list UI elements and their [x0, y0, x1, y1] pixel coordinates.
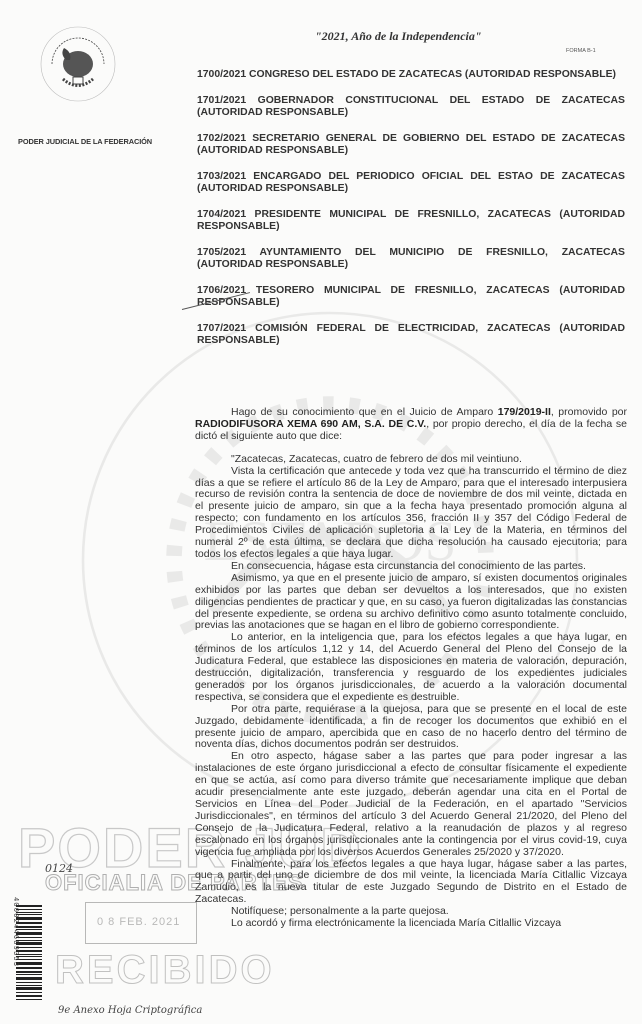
recipient-item: 1706/2021 TESORERO MUNICIPAL DE FRESNILL… [197, 285, 625, 309]
barcode-number: 4000244689353 [11, 897, 19, 1007]
notification-body: Hago de su conocimiento que en el Juicio… [195, 407, 627, 930]
paragraph: En consecuencia, hágase esta circunstanc… [195, 561, 627, 573]
paragraph: Lo anterior, en la inteligencia que, par… [195, 632, 627, 703]
promovente-name: RADIODIFUSORA XEMA 690 AM, S.A. DE C.V. [195, 418, 426, 430]
eagle-seal-icon [38, 24, 118, 104]
form-code: FORMA B-1 [566, 48, 596, 54]
stamp-date: 0 8 FEB. 2021 [97, 916, 180, 928]
recipient-item: 1707/2021 COMISIÓN FEDERAL DE ELECTRICID… [197, 323, 625, 347]
recipient-item: 1704/2021 PRESIDENTE MUNICIPAL DE FRESNI… [197, 209, 625, 233]
stamp-office: OFICIALIA DE PARTES [45, 870, 304, 896]
paragraph: Por otra parte, requiérase a la quejosa,… [195, 704, 627, 752]
paragraph: "Zacatecas, Zacatecas, cuatro de febrero… [195, 454, 627, 466]
coat-of-arms-logo [38, 24, 118, 124]
paragraph: Asimismo, ya que en el presente juicio d… [195, 573, 627, 633]
recipient-item: 1705/2021 AYUNTAMIENTO DEL MUNICIPIO DE … [197, 247, 625, 271]
year-motto: "2021, Año de la Independencia" [315, 29, 482, 44]
paragraph: Lo acordó y firma electrónicamente la li… [195, 918, 627, 930]
received-stamp: OFICIALIA DE PARTES 0 8 FEB. 2021 RECIBI… [45, 870, 220, 1000]
recipient-item: 1700/2021 CONGRESO DEL ESTADO DE ZACATEC… [197, 69, 625, 81]
barcode [16, 905, 42, 1000]
issuer-name: PODER JUDICIAL DE LA FEDERACIÓN [18, 137, 146, 146]
handwritten-note: 9e Anexo Hoja Criptográfica [58, 1005, 202, 1016]
case-number: 179/2019-II [498, 406, 551, 418]
recipient-item: 1701/2021 GOBERNADOR CONSTITUCIONAL DEL … [197, 95, 625, 119]
intro-paragraph: Hago de su conocimiento que en el Juicio… [195, 407, 627, 443]
recipient-item: 1703/2021 ENCARGADO DEL PERIODICO OFICIA… [197, 171, 625, 195]
stamp-status: RECIBIDO [55, 948, 275, 993]
recipient-list: 1700/2021 CONGRESO DEL ESTADO DE ZACATEC… [197, 69, 625, 361]
paragraph: En otro aspecto, hágase saber a las part… [195, 751, 627, 858]
paragraph: Vista la certificación que antecede y to… [195, 466, 627, 561]
recipient-item: 1702/2021 SECRETARIO GENERAL DE GOBIERNO… [197, 133, 625, 157]
